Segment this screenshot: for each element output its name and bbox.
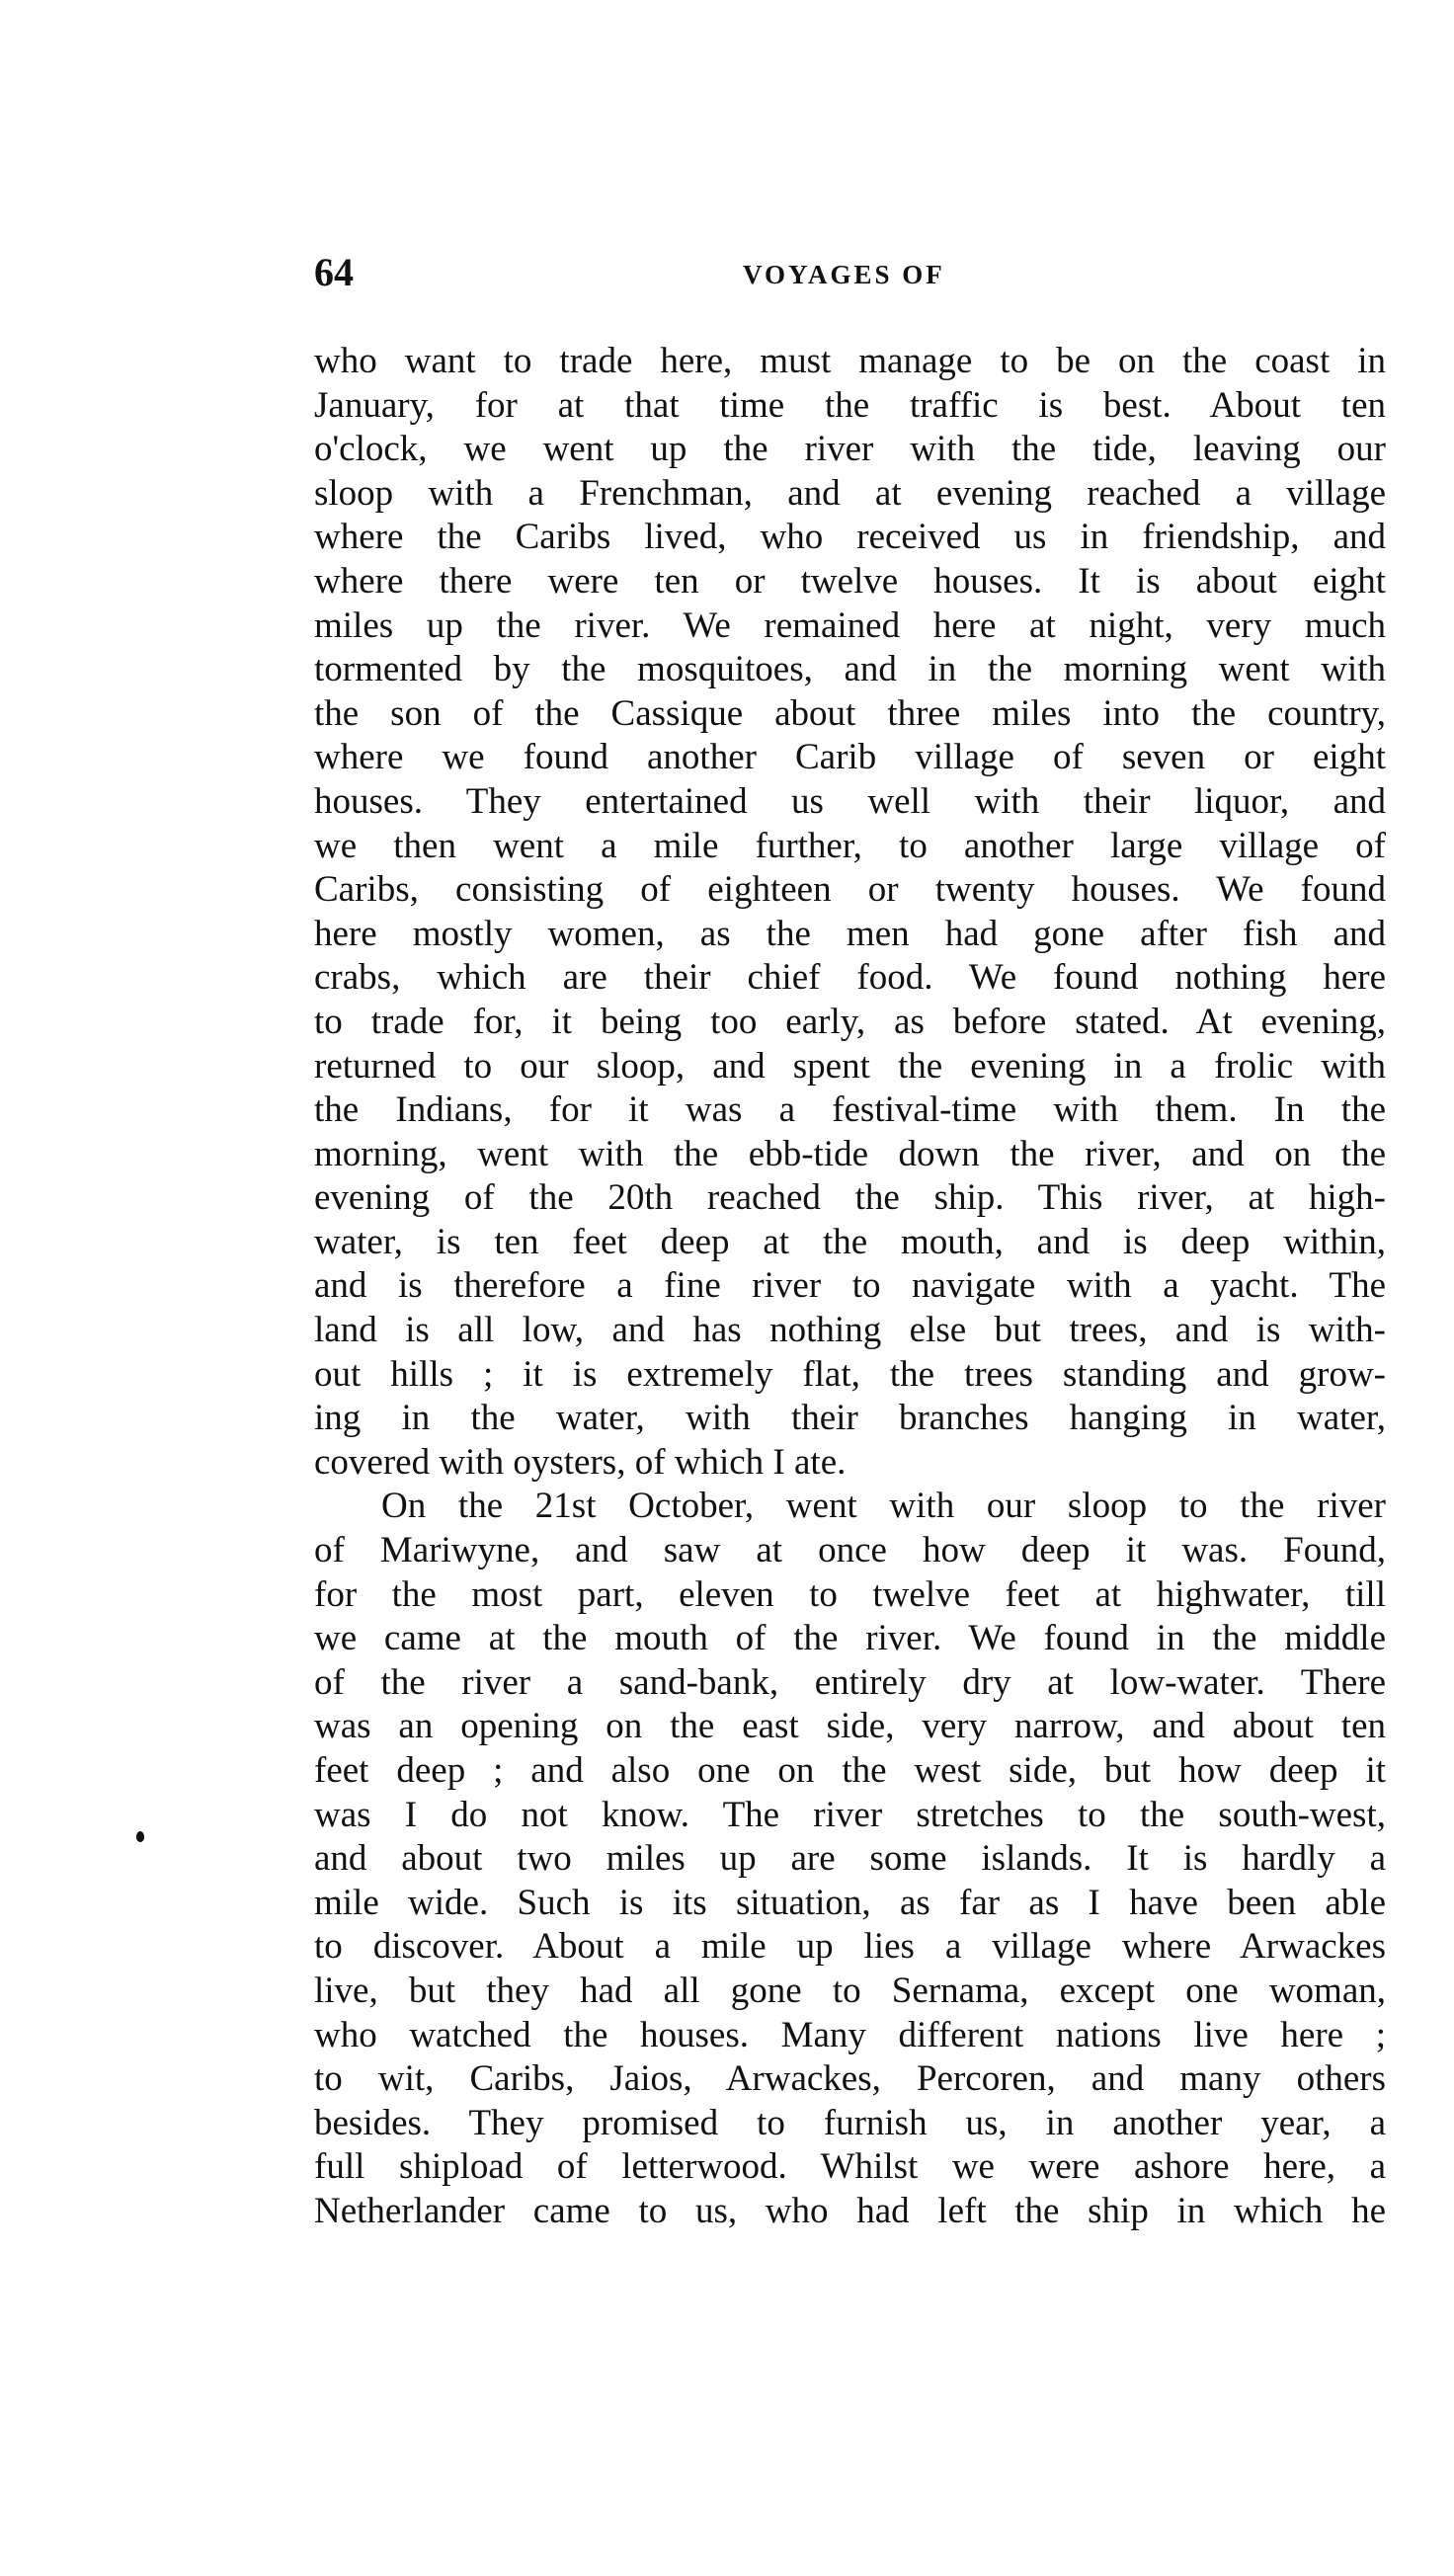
text-line: miles up the river. We remained here at … bbox=[314, 604, 1386, 649]
text-line: o'clock, we went up the river with the t… bbox=[314, 428, 1386, 472]
paragraph-1: who want to trade here, must manage to b… bbox=[314, 340, 1386, 1485]
text-line: water, is ten feet deep at the mouth, an… bbox=[314, 1221, 1386, 1265]
text-line: where we found another Carib village of … bbox=[314, 736, 1386, 780]
text-line: besides. They promised to furnish us, in… bbox=[314, 2102, 1386, 2146]
text-line: who want to trade here, must manage to b… bbox=[314, 340, 1386, 384]
text-line: was I do not know. The river stretches t… bbox=[314, 1794, 1386, 1838]
running-head: 64 VOYAGES OF bbox=[314, 251, 1386, 294]
text-line: the Indians, for it was a festival-time … bbox=[314, 1088, 1386, 1133]
text-line: morning, went with the ebb-tide down the… bbox=[314, 1133, 1386, 1177]
book-page: 64 VOYAGES OF who want to trade here, mu… bbox=[0, 0, 1454, 2576]
text-line: to trade for, it being too early, as bef… bbox=[314, 1001, 1386, 1045]
text-line: Caribs, consisting of eighteen or twenty… bbox=[314, 868, 1386, 913]
text-line: for the most part, eleven to twelve feet… bbox=[314, 1573, 1386, 1618]
text-line: covered with oysters, of which I ate. bbox=[314, 1441, 1386, 1486]
text-line: houses. They entertained us well with th… bbox=[314, 780, 1386, 825]
text-line: of the river a sand-bank, entirely dry a… bbox=[314, 1661, 1386, 1706]
page-number: 64 bbox=[314, 251, 354, 294]
text-line: who watched the houses. Many different n… bbox=[314, 2014, 1386, 2058]
text-line: the son of the Cassique about three mile… bbox=[314, 692, 1386, 737]
text-line: to wit, Caribs, Jaios, Arwackes, Percore… bbox=[314, 2057, 1386, 2102]
text-line: was an opening on the east side, very na… bbox=[314, 1705, 1386, 1749]
text-line: tormented by the mosquitoes, and in the … bbox=[314, 648, 1386, 692]
text-line: live, but they had all gone to Sernama, … bbox=[314, 1970, 1386, 2014]
text-line: feet deep ; and also one on the west sid… bbox=[314, 1749, 1386, 1794]
text-line: and is therefore a fine river to navigat… bbox=[314, 1264, 1386, 1309]
text-line: where the Caribs lived, who received us … bbox=[314, 516, 1386, 560]
text-line: to discover. About a mile up lies a vill… bbox=[314, 1925, 1386, 1970]
text-line: full shipload of letterwood. Whilst we w… bbox=[314, 2145, 1386, 2190]
text-line: of Mariwyne, and saw at once how deep it… bbox=[314, 1529, 1386, 1573]
text-line: land is all low, and has nothing else bu… bbox=[314, 1309, 1386, 1353]
text-line: mile wide. Such is its situation, as far… bbox=[314, 1882, 1386, 1926]
text-line: January, for at that time the traffic is… bbox=[314, 384, 1386, 429]
body-text: who want to trade here, must manage to b… bbox=[314, 340, 1386, 2234]
running-title: VOYAGES OF bbox=[743, 257, 945, 292]
paragraph-2: On the 21st October, went with our sloop… bbox=[314, 1485, 1386, 2233]
text-line: we came at the mouth of the river. We fo… bbox=[314, 1617, 1386, 1661]
text-line: where there were ten or twelve houses. I… bbox=[314, 560, 1386, 604]
text-line: we then went a mile further, to another … bbox=[314, 825, 1386, 869]
text-line: returned to our sloop, and spent the eve… bbox=[314, 1045, 1386, 1089]
text-line: and about two miles up are some islands.… bbox=[314, 1837, 1386, 1882]
text-line: ing in the water, with their branches ha… bbox=[314, 1397, 1386, 1441]
text-line: here mostly women, as the men had gone a… bbox=[314, 913, 1386, 957]
text-line: sloop with a Frenchman, and at evening r… bbox=[314, 472, 1386, 517]
text-line: On the 21st October, went with our sloop… bbox=[314, 1485, 1386, 1529]
text-line: evening of the 20th reached the ship. Th… bbox=[314, 1176, 1386, 1221]
scan-artifact-dot bbox=[136, 1831, 144, 1842]
text-line: out hills ; it is extremely flat, the tr… bbox=[314, 1353, 1386, 1398]
text-line: crabs, which are their chief food. We fo… bbox=[314, 956, 1386, 1001]
text-line: Netherlander came to us, who had left th… bbox=[314, 2190, 1386, 2234]
